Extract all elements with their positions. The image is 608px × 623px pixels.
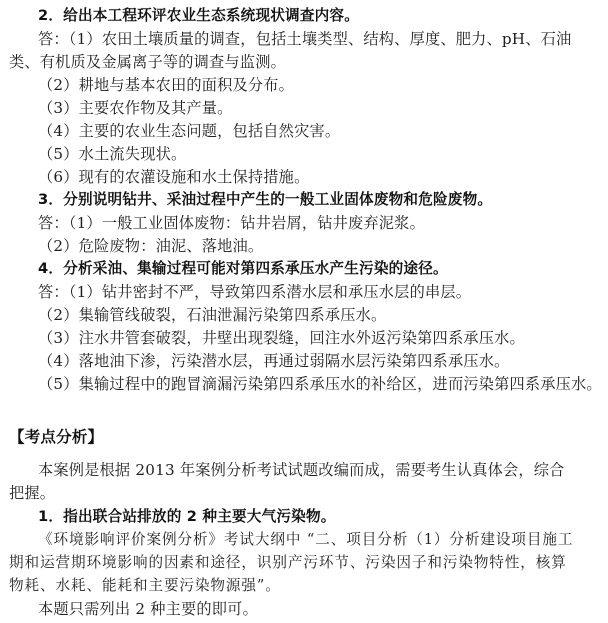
q4-answer-5: （5）集输过程中的跑冒滴漏污染第四系承压水的补给区，进而污染第四系承压水。 xyxy=(38,374,602,394)
q2-answer-5: （5）水土流失现状。 xyxy=(38,144,186,164)
q2-answer-6: （6）现有的农灌设施和水土保持措施。 xyxy=(38,167,309,187)
q2-answer-2: （2）耕地与基本农田的面积及分布。 xyxy=(38,75,294,95)
analysis-quote: 《环境影响评价案例分析》考试大纲中 “二、项目分析（1）分析建设项目施工 xyxy=(38,530,573,550)
q4-answer-1: 答：（1）钻井密封不严，导致第四系潜水层和承压水层的串层。 xyxy=(38,282,471,302)
q2-title: 2．给出本工程环评农业生态系统现状调查内容。 xyxy=(38,6,359,26)
q2-answer-4: （4）主要的农业生态问题，包括自然灾害。 xyxy=(38,121,340,141)
q4-title: 4．分析采油、集输过程可能对第四系承压水产生污染的途径。 xyxy=(38,259,448,279)
q4-answer-2: （2）集输管线破裂，石油泄漏污染第四系承压水。 xyxy=(38,305,386,325)
q3-title: 3．分别说明钻井、采油过程中产生的一般工业固体废物和危险废物。 xyxy=(38,190,492,210)
q2-answer-1-cont: 类、有机质及金属离子等的调查与监测。 xyxy=(9,52,286,72)
q3-answer-2: （2）危险废物：油泥、落地油。 xyxy=(38,236,263,256)
q4-answer-3: （3）注水井管套破裂，井壁出现裂缝，回注水外返污染第四系承压水。 xyxy=(38,328,525,348)
analysis-heading: 【考点分析】 xyxy=(9,427,103,447)
q2-answer-1: 答：（1）农田土壤质量的调查，包括土壤类型、结构、厚度、肥力、pH、石油 xyxy=(38,29,571,49)
analysis-intro-cont: 把握。 xyxy=(9,483,55,503)
q2-answer-3: （3）主要农作物及其产量。 xyxy=(38,98,233,118)
analysis-conclusion: 本题只需列出 2 种主要的即可。 xyxy=(38,599,258,619)
analysis-intro: 本案例是根据 2013 年案例分析考试试题改编而成，需要考生认真体会，综合 xyxy=(38,460,565,480)
analysis-quote-cont-2: 物耗、水耗、能耗和主要污染物源强”。 xyxy=(9,576,281,596)
analysis-quote-cont-1: 期和运营期环境影响的因素和途径，识别产污环节、污染因子和污染物特性，核算 xyxy=(9,553,567,573)
q3-answer-1: 答：（1）一般工业固体废物：钻井岩屑，钻井废弃泥浆。 xyxy=(38,213,425,233)
analysis-q1-title: 1．指出联合站排放的 2 种主要大气污染物。 xyxy=(38,507,336,527)
q4-answer-4: （4）落地油下渗，污染潜水层，再通过弱隔水层污染第四系承压水。 xyxy=(38,351,510,371)
